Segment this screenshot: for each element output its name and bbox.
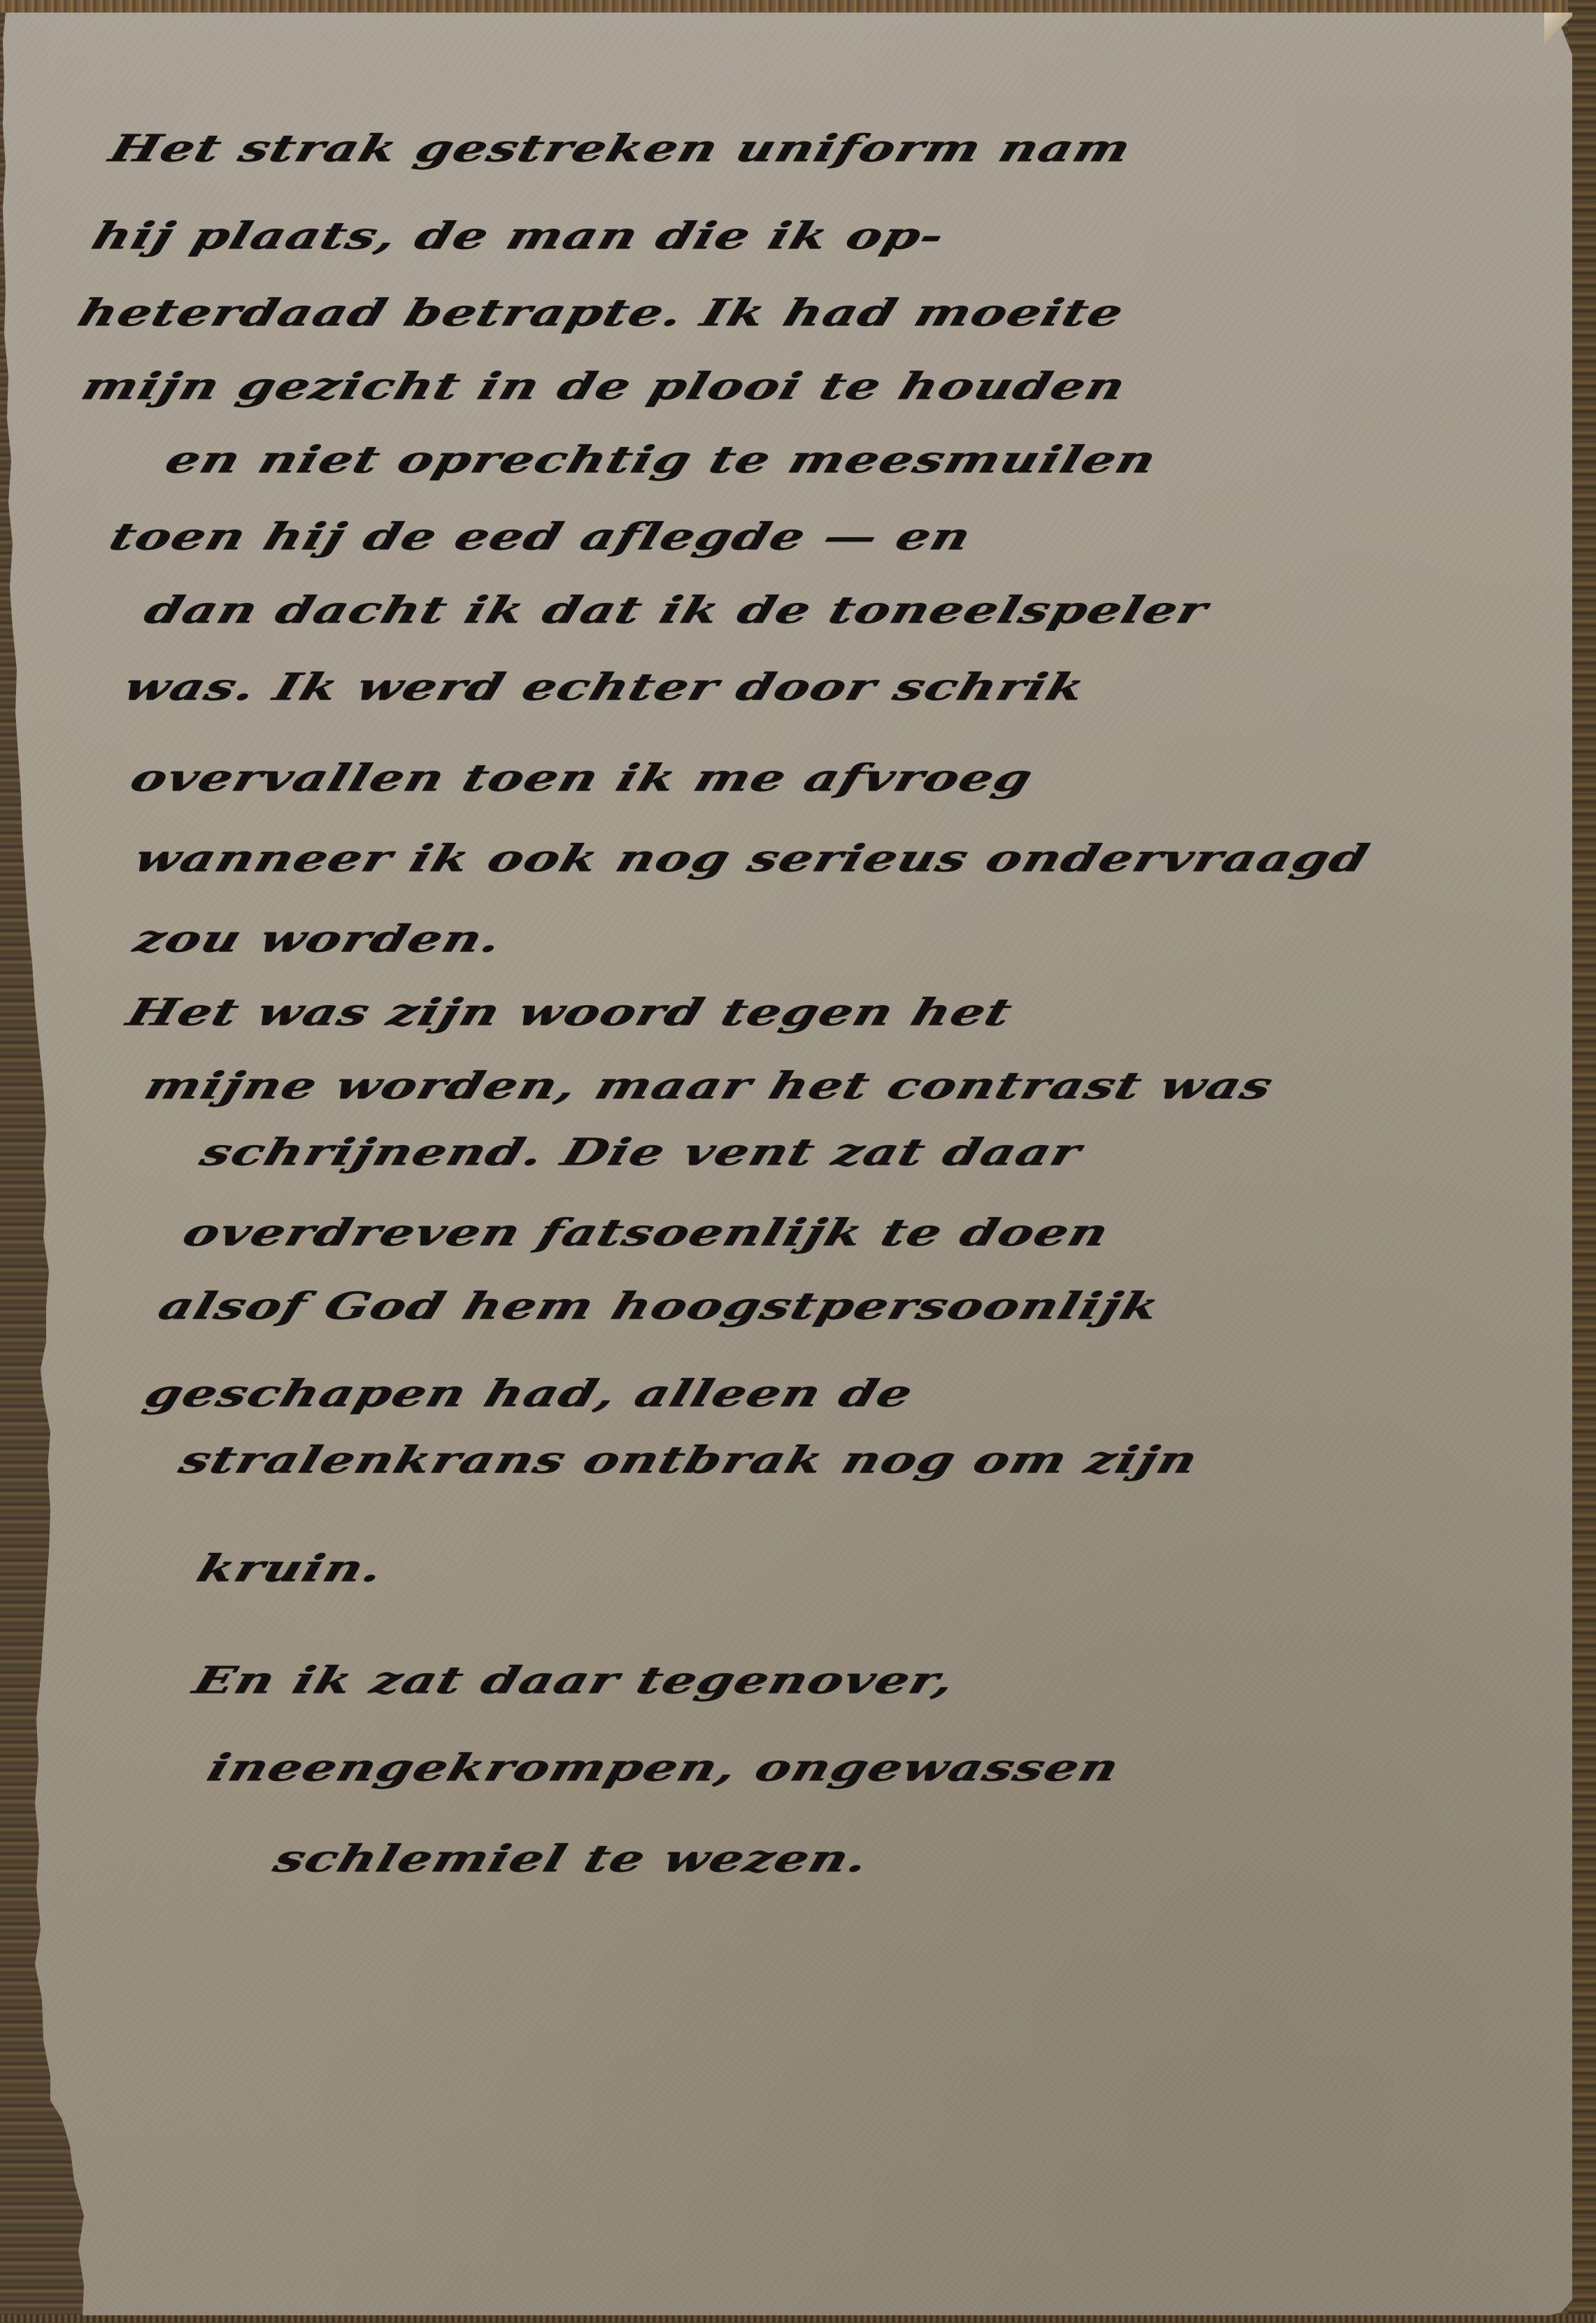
text-line: geschapen had, alleen de bbox=[140, 1375, 918, 1412]
text-line: dan dacht ik dat ik de toneelspeler bbox=[140, 592, 1213, 629]
text-line: Het was zijn woord tegen het bbox=[122, 994, 1017, 1031]
text-line: heterdaad betrapte. Ik had moeite bbox=[73, 294, 1129, 332]
text-line: hij plaats, de man die ik op- bbox=[87, 218, 950, 255]
text-line: schlemiel te wezen. bbox=[269, 1840, 874, 1877]
text-line: toen hij de eed aflegde — en bbox=[105, 518, 976, 555]
text-line: En ik zat daar tegenover, bbox=[189, 1662, 960, 1699]
handwritten-text: Het strak gestreken uniform nam hij plaa… bbox=[0, 0, 1596, 2323]
text-line: alsof God hem hoogstpersoonlijk bbox=[154, 1288, 1164, 1325]
text-line: overdreven fatsoenlijk te doen bbox=[178, 1214, 1114, 1251]
text-line: stralenkrans ontbrak nog om zijn bbox=[175, 1442, 1203, 1479]
text-line: en niet oprechtig te meesmuilen bbox=[161, 441, 1162, 478]
text-line: mijne worden, maar het contrast was bbox=[140, 1067, 1278, 1104]
text-line: mijn gezicht in de plooi te houden bbox=[77, 368, 1131, 405]
text-line: schrijnend. Die vent zat daar bbox=[196, 1134, 1086, 1171]
text-line: Het strak gestreken uniform nam bbox=[105, 130, 1137, 167]
text-line: overvallen toen ik me afvroeg bbox=[126, 760, 1038, 797]
text-line: zou worden. bbox=[129, 921, 508, 958]
text-line: kruin. bbox=[192, 1550, 389, 1587]
text-line: ineengekrompen, ongewassen bbox=[203, 1749, 1125, 1786]
text-line: wanneer ik ook nog serieus ondervraagd bbox=[129, 840, 1374, 877]
text-line: was. Ik werd echter door schrik bbox=[119, 669, 1090, 706]
